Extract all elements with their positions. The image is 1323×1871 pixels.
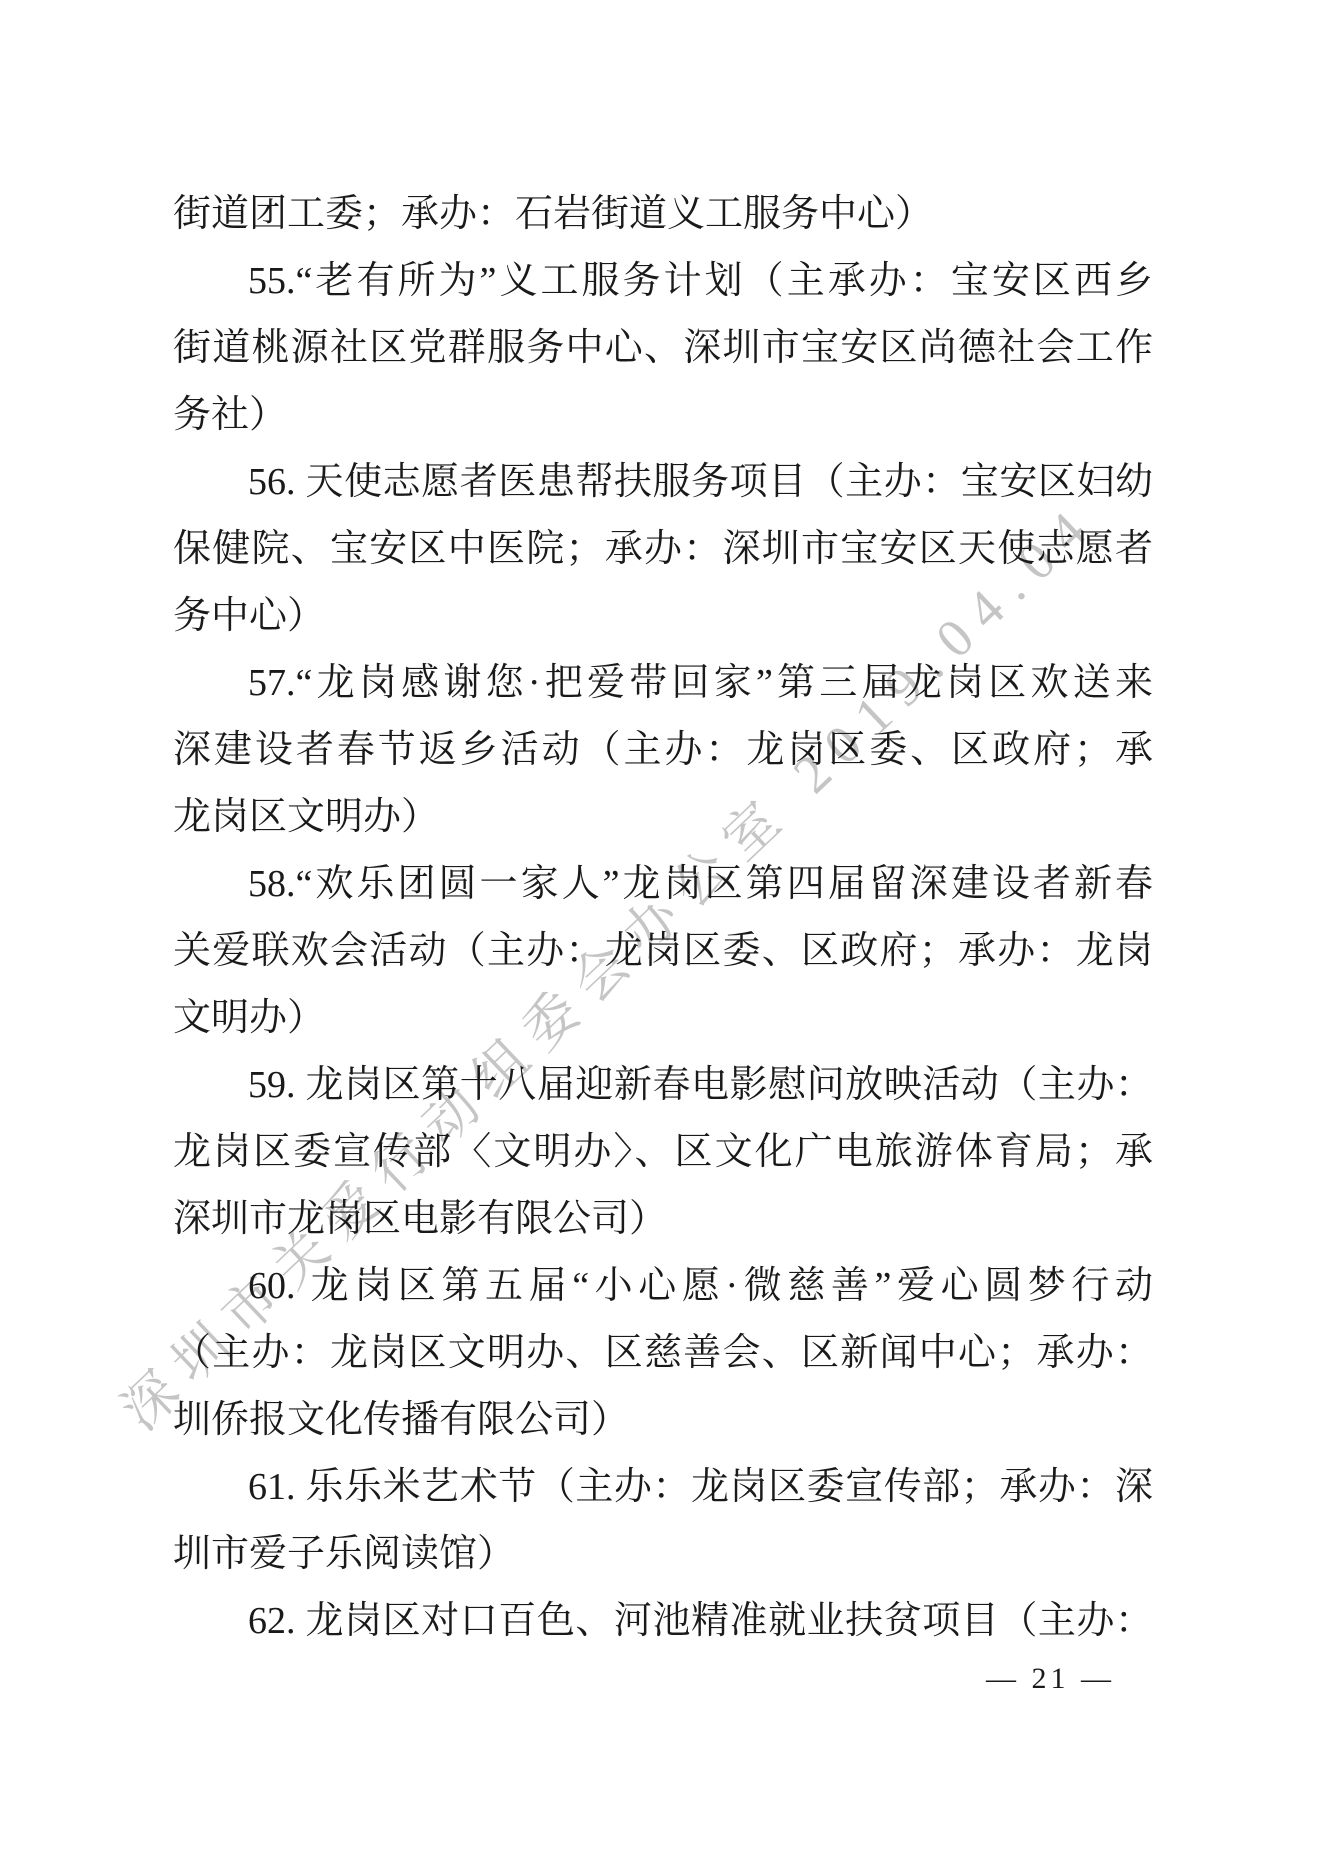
- text-line: 街道桃源社区党群服务中心、深圳市宝安区尚德社会工作服: [173, 315, 1153, 382]
- text-line: 56. 天使志愿者医患帮扶服务项目（主办：宝安区妇幼: [173, 449, 1153, 516]
- text-line: 深建设者春节返乡活动（主办：龙岗区委、区政府；承办：: [173, 717, 1153, 784]
- text-line: 务中心）: [173, 583, 1153, 650]
- text-line: 圳市爱子乐阅读馆）: [173, 1521, 1153, 1588]
- page-number: — 21 —: [986, 1662, 1115, 1696]
- text-line: 61. 乐乐米艺术节（主办：龙岗区委宣传部；承办：深: [173, 1454, 1153, 1521]
- text-line: 55.“老有所为”义工服务计划（主承办：宝安区西乡: [173, 248, 1153, 315]
- text-line: 60. 龙岗区第五届“小心愿·微慈善”爱心圆梦行动: [173, 1253, 1153, 1320]
- text-line: 保健院、宝安区中医院；承办：深圳市宝安区天使志愿者服: [173, 516, 1153, 583]
- text-line: 龙岗区文明办）: [173, 784, 1153, 851]
- text-line: 街道团工委；承办：石岩街道义工服务中心）: [173, 181, 1153, 248]
- text-line: 龙岗区委宣传部〈文明办〉、区文化广电旅游体育局；承办：: [173, 1119, 1153, 1186]
- text-line: 57.“龙岗感谢您·把爱带回家”第三届龙岗区欢送来: [173, 650, 1153, 717]
- text-line: 圳侨报文化传播有限公司）: [173, 1387, 1153, 1454]
- document-page: 深圳市关爱行动组委会办公室 2019.04.04 街道团工委；承办：石岩街道义工…: [0, 0, 1323, 1871]
- text-line: 62. 龙岗区对口百色、河池精准就业扶贫项目（主办：: [173, 1588, 1153, 1655]
- text-line: 文明办）: [173, 985, 1153, 1052]
- text-line: 务社）: [173, 382, 1153, 449]
- text-line: 关爱联欢会活动（主办：龙岗区委、区政府；承办：龙岗区: [173, 918, 1153, 985]
- text-line: 58.“欢乐团圆一家人”龙岗区第四届留深建设者新春: [173, 851, 1153, 918]
- document-body: 街道团工委；承办：石岩街道义工服务中心） 55.“老有所为”义工服务计划（主承办…: [173, 181, 1153, 1655]
- text-line: 深圳市龙岗区电影有限公司）: [173, 1186, 1153, 1253]
- text-line: 59. 龙岗区第十八届迎新春电影慰问放映活动（主办：: [173, 1052, 1153, 1119]
- text-line: （主办：龙岗区文明办、区慈善会、区新闻中心；承办：深: [173, 1320, 1153, 1387]
